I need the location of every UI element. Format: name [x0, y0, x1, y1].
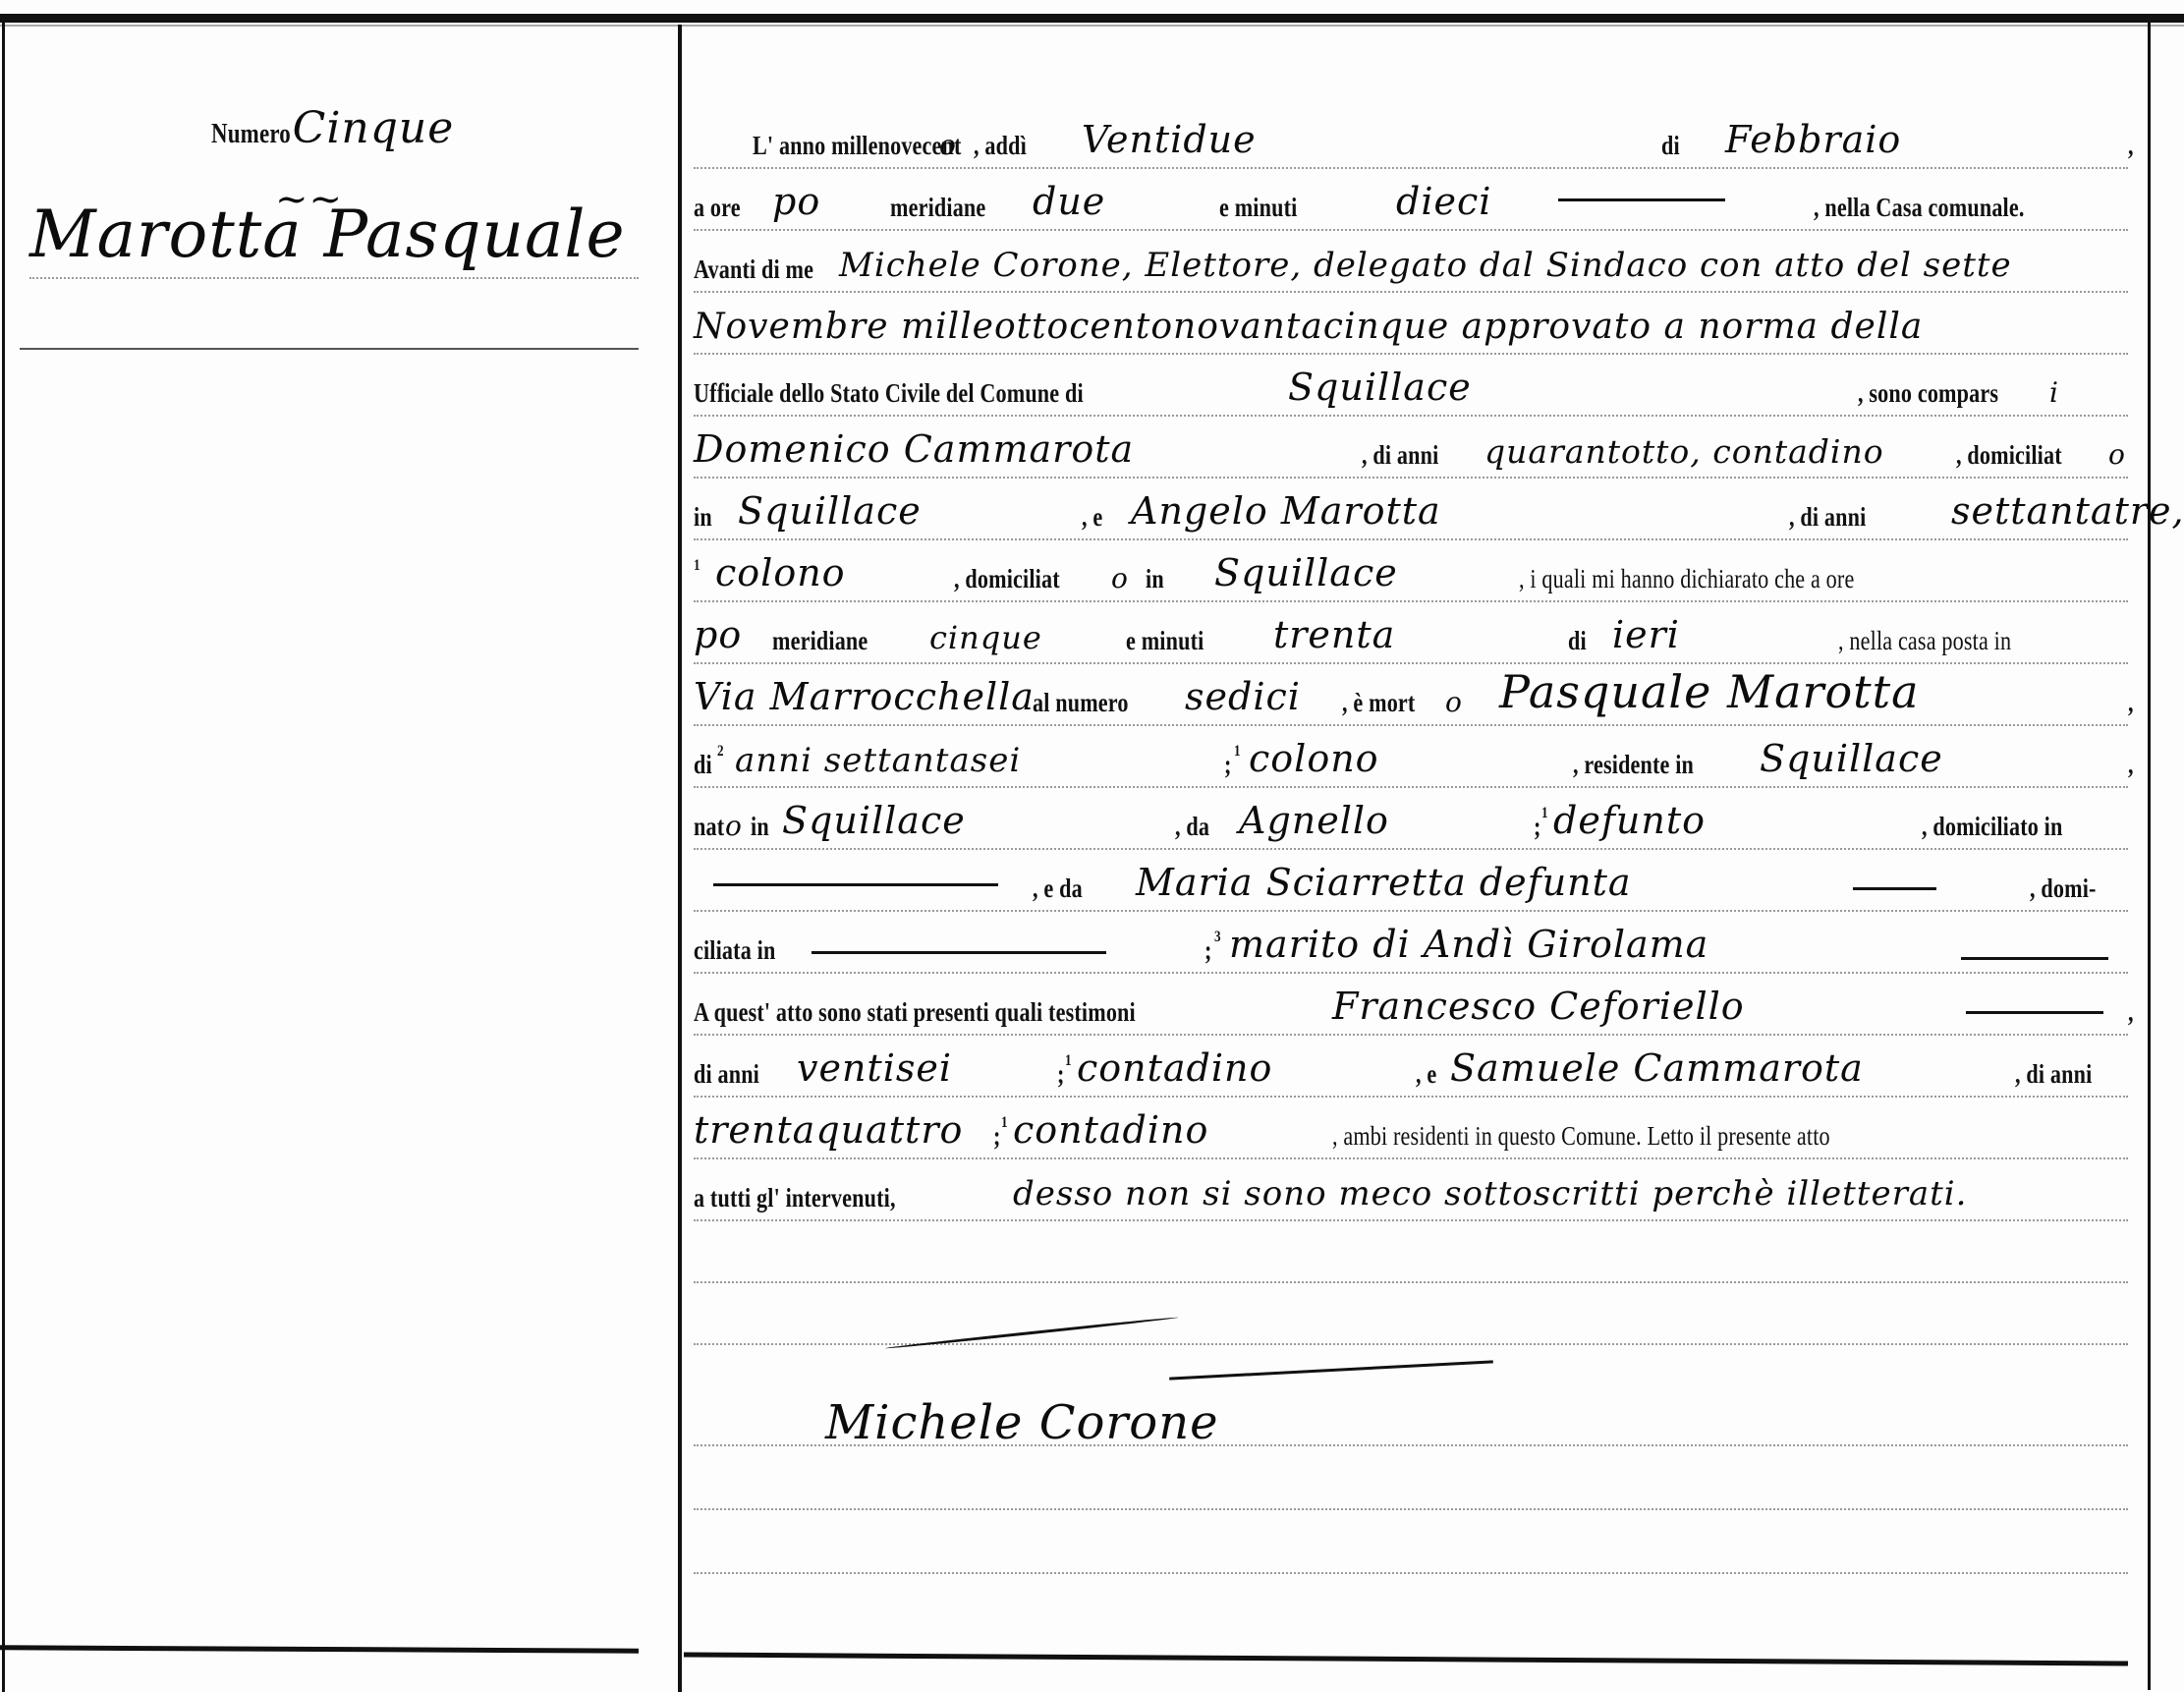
printed-text: a tutti gl' intervenuti, — [694, 1183, 896, 1213]
printed-text: nat — [694, 812, 724, 842]
margin-rule-1 — [29, 277, 639, 279]
handwritten-occupation: colono — [715, 551, 846, 594]
record-number: Numero Cinque — [211, 103, 454, 153]
printed-text: , i quali mi hanno dichiarato che a ore — [1519, 564, 1854, 594]
handwritten-day: ieri — [1612, 613, 1680, 656]
filler-dash — [1961, 957, 2108, 960]
handwritten-day: Ventidue — [1082, 118, 1257, 161]
printed-text: , domi- — [2030, 874, 2097, 904]
printed-text: , di anni — [1362, 440, 1438, 471]
row-age-residence: di 2 anni settantasei ; 1 colono , resid… — [694, 729, 2138, 788]
printed-text: meridiane — [890, 193, 985, 223]
row-birth-father: nat o in Squillace , da Agnello ; 1 defu… — [694, 791, 2138, 850]
numero-label: Numero — [211, 119, 291, 150]
printed-text: , domiciliat — [1956, 440, 2062, 471]
column-divider — [678, 25, 682, 1692]
printed-text: , — [2128, 131, 2134, 161]
printed-text: Ufficiale dello Stato Civile del Comune … — [694, 378, 1084, 409]
printed-text: e minuti — [1219, 193, 1297, 223]
printed-text: ; — [1534, 812, 1541, 842]
handwritten-officer: Michele Corone, Elettore, delegato dal S… — [839, 246, 2012, 285]
row-comune: Ufficiale dello Stato Civile del Comune … — [694, 358, 2138, 417]
handwritten-age: anni settantasei — [735, 741, 1021, 780]
handwritten-age: trentaquattro — [694, 1108, 963, 1152]
handwritten-declarant-1: Domenico Cammarota — [694, 427, 1134, 471]
row-closing: a tutti gl' intervenuti, desso non si so… — [694, 1162, 2138, 1221]
handwritten-age: ventisei — [797, 1046, 952, 1090]
printed-text: A quest' atto sono stati presenti quali … — [694, 997, 1136, 1028]
rule — [694, 1572, 2128, 1574]
printed-text: , — [2128, 750, 2134, 780]
printed-text: , sono compars — [1858, 378, 1998, 409]
handwritten-house-number: sedici — [1185, 675, 1301, 718]
row-officer: Avanti di me Michele Corone, Elettore, d… — [694, 234, 2138, 293]
filler-dash — [1853, 887, 1936, 890]
bottom-rule-right — [684, 1653, 2128, 1666]
printed-text: , domiciliato in — [1922, 812, 2062, 842]
handwritten-street: Via Marrocchella — [694, 675, 1035, 718]
printed-text: ciliata in — [694, 935, 775, 966]
printed-text: , è mort — [1342, 688, 1415, 718]
handwritten-birthplace: Squillace — [782, 799, 966, 842]
printed-text: e minuti — [1126, 626, 1204, 656]
row-witness-2: di anni ventisei ; 1 contadino , e Samue… — [694, 1039, 2138, 1098]
handwritten-age: settantatre, — [1951, 489, 2184, 533]
row-witness-1: A quest' atto sono stati presenti quali … — [694, 977, 2138, 1036]
handwritten-witness-1: Francesco Ceforiello — [1332, 985, 1745, 1028]
printed-text: , nella casa posta in — [1838, 626, 2011, 656]
handwritten-occupation: contadino — [1013, 1108, 1208, 1152]
handwritten-text: o — [1111, 562, 1129, 594]
handwritten-hour: cinque — [929, 619, 1042, 656]
margin-rule-2 — [20, 348, 639, 350]
printed-text: , di anni — [1789, 502, 1866, 533]
handwritten-text: po — [694, 613, 742, 656]
printed-text: ; — [993, 1121, 1001, 1152]
handwritten-witness-2: Samuele Cammarota — [1450, 1046, 1864, 1090]
printed-text: ; — [1057, 1059, 1065, 1090]
printed-text: L' anno millenovecent — [753, 131, 962, 161]
handwritten-deceased-name: Pasquale Marotta — [1499, 665, 1920, 718]
printed-text: , e da — [1033, 874, 1083, 904]
handwritten-text: i — [2049, 376, 2059, 409]
row-deceased: Via Marrocchella al numero sedici , è mo… — [694, 667, 2138, 726]
printed-text: in — [751, 812, 769, 842]
printed-text: di — [1568, 626, 1587, 656]
handwritten-text: o — [2108, 438, 2126, 471]
handwritten-minutes: trenta — [1273, 613, 1395, 656]
numero-value: Cinque — [293, 103, 455, 153]
printed-text: al numero — [1033, 688, 1129, 718]
margin-column: Numero Cinque ~~ Marotta Pasquale — [0, 0, 678, 1692]
handwritten-comune: Squillace — [1288, 366, 1472, 409]
printed-text: , e — [1416, 1059, 1436, 1090]
handwritten-text: o — [725, 810, 743, 842]
rule — [694, 1281, 2128, 1283]
handwritten-closing: desso non si sono meco sottoscritti perc… — [1013, 1174, 1967, 1213]
printed-text: , da — [1175, 812, 1209, 842]
handwritten-residence: Squillace — [1760, 737, 1943, 780]
row-delegation: Novembre milleottocentonovantacinque app… — [694, 296, 2138, 355]
footnote-mark: 1 — [1065, 1052, 1072, 1070]
printed-text: Avanti di me — [694, 254, 813, 285]
footnote-mark: 3 — [1214, 929, 1221, 946]
row-date: L' anno millenovecent o , addì Ventidue … — [694, 110, 2138, 169]
filler-dash — [1966, 1011, 2103, 1014]
handwritten-place: Squillace — [738, 489, 922, 533]
filler-dash — [713, 883, 998, 886]
printed-text: di — [694, 750, 712, 780]
printed-text: , domiciliat — [954, 564, 1060, 594]
printed-text: in — [1146, 564, 1164, 594]
printed-text: , ambi residenti in questo Comune. Letto… — [1332, 1121, 1830, 1152]
row-time: a ore po meridiane due e minuti dieci , … — [694, 172, 2138, 231]
handwritten-father: Agnello — [1239, 799, 1389, 842]
row-mother-domicile: ciliata in ; 3 marito di Andì Girolama — [694, 915, 2138, 974]
printed-text: , — [2128, 688, 2134, 718]
deceased-name-margin: Marotta Pasquale — [29, 197, 626, 272]
row-witness-2-age: trentaquattro ; 1 contadino , ambi resid… — [694, 1100, 2138, 1159]
handwritten-month: Febbraio — [1725, 118, 1901, 161]
handwritten-hour: due — [1033, 180, 1105, 223]
row-declarant-2: in Squillace , e Angelo Marotta , di ann… — [694, 481, 2138, 540]
handwritten-occupation: colono — [1249, 737, 1379, 780]
printed-text: di — [1661, 131, 1680, 161]
handwritten-age-occupation: quarantotto, contadino — [1484, 432, 1884, 471]
row-mother: , e da Maria Sciarretta defunta , domi- — [694, 853, 2138, 912]
handwritten-status: defunto — [1553, 799, 1706, 842]
handwritten-declarant-2: Angelo Marotta — [1131, 489, 1441, 533]
handwritten-mother: Maria Sciarretta defunta — [1136, 861, 1632, 904]
handwritten-spouse: marito di Andì Girolama — [1229, 923, 1708, 966]
footnote-mark: 1 — [1234, 743, 1241, 761]
printed-text: in — [694, 502, 712, 533]
handwritten-text: o — [1445, 686, 1463, 718]
filler-dash — [1558, 198, 1725, 201]
printed-text: , residente in — [1573, 750, 1694, 780]
printed-text: , di anni — [2015, 1059, 2092, 1090]
footnote-mark: 1 — [1541, 805, 1548, 822]
printed-text: a ore — [694, 193, 741, 223]
handwritten-occupation: contadino — [1077, 1046, 1272, 1090]
handwritten-minutes: dieci — [1396, 180, 1491, 223]
signature-flourish-2 — [1169, 1360, 1493, 1380]
handwritten-delegation: Novembre milleottocentonovantacinque app… — [694, 307, 1923, 347]
handwritten-text: o — [939, 129, 957, 161]
handwritten-place: Squillace — [1214, 551, 1398, 594]
printed-text: , — [2128, 997, 2134, 1028]
footnote-mark: 1 — [694, 557, 700, 575]
officer-signature: Michele Corone — [825, 1395, 1219, 1450]
printed-text: ; — [1224, 750, 1232, 780]
printed-text: , e — [1082, 502, 1102, 533]
printed-text: , addì — [974, 131, 1027, 161]
row-death-time: po meridiane cinque e minuti trenta di i… — [694, 605, 2138, 664]
printed-text: di anni — [694, 1059, 759, 1090]
printed-text: ; — [1204, 935, 1212, 966]
handwritten-text: po — [772, 180, 820, 223]
filler-dash — [812, 951, 1106, 954]
rule — [694, 1508, 2128, 1510]
footnote-mark: 1 — [1001, 1114, 1008, 1132]
document-page: Numero Cinque ~~ Marotta Pasquale L' ann… — [0, 0, 2184, 1692]
right-border — [2148, 20, 2151, 1690]
printed-text: , nella Casa comunale. — [1814, 193, 2025, 223]
printed-text: meridiane — [772, 626, 868, 656]
row-declarant-1: Domenico Cammarota , di anni quarantotto… — [694, 420, 2138, 479]
footnote-mark: 2 — [717, 743, 724, 761]
row-declaration: 1 colono , domiciliat o in Squillace , i… — [694, 543, 2138, 602]
